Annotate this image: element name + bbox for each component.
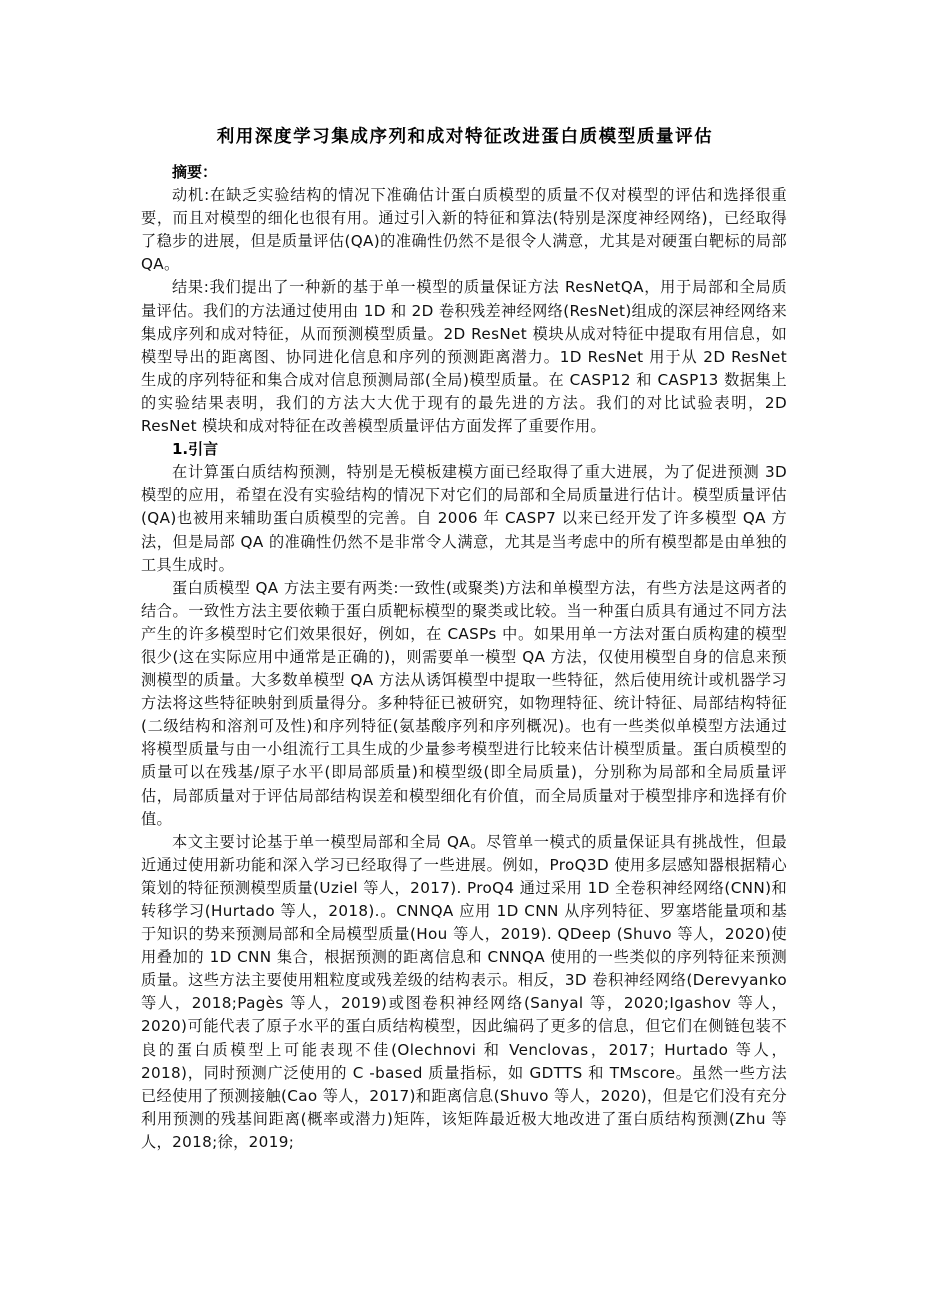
introduction-paragraph-3: 本文主要讨论基于单一模型局部和全局 QA。尽管单一模式的质量保证具有挑战性，但最… bbox=[141, 831, 787, 1154]
paper-title: 利用深度学习集成序列和成对特征改进蛋白质模型质量评估 bbox=[141, 124, 787, 150]
section-introduction-heading: 1.引言 bbox=[141, 438, 787, 461]
document-page: 利用深度学习集成序列和成对特征改进蛋白质模型质量评估 摘要： 动机:在缺乏实验结… bbox=[141, 124, 787, 1154]
abstract-results-paragraph: 结果:我们提出了一种新的基于单一模型的质量保证方法 ResNetQA，用于局部和… bbox=[141, 276, 787, 438]
introduction-paragraph-2: 蛋白质模型 QA 方法主要有两类:一致性(或聚类)方法和单模型方法，有些方法是这… bbox=[141, 577, 787, 831]
abstract-motivation-paragraph: 动机:在缺乏实验结构的情况下准确估计蛋白质模型的质量不仅对模型的评估和选择很重要… bbox=[141, 184, 787, 276]
abstract-heading: 摘要： bbox=[141, 161, 787, 184]
introduction-paragraph-1: 在计算蛋白质结构预测，特别是无模板建模方面已经取得了重大进展，为了促进预测 3D… bbox=[141, 461, 787, 576]
